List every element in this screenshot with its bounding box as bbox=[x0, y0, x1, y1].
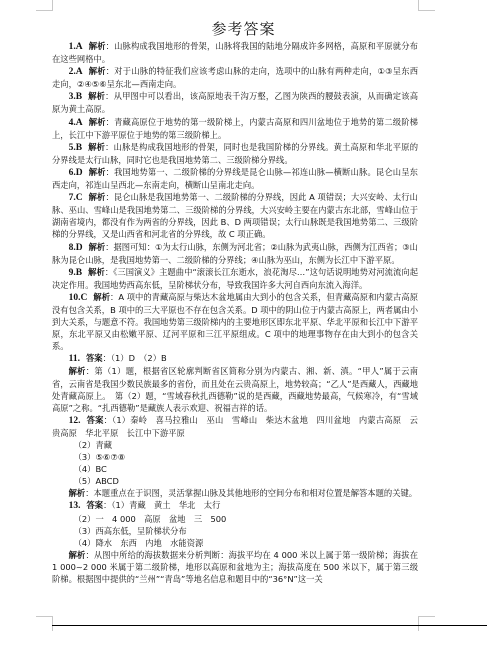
sub-answer: （5）ABCD bbox=[52, 475, 418, 487]
answer-item-12: 12.答案：（1）秦岭 喜马拉雅山 巫山 雪峰山 柴达木盆地 四川盆地 内蒙古高… bbox=[52, 414, 418, 439]
analysis-11: 解析：第（1）题，根据省区轮廓判断省区简称分别为内蒙古、湘、新、滇。“甲人”属于… bbox=[52, 365, 418, 413]
analysis-13: 解析：从图中所给的海拔数据来分析判断：海拔平均在 4 000 米以上属于第一级阶… bbox=[52, 549, 418, 585]
answer-item: 6.D解析：我国地势第一、二级阶梯的分界线是昆仑山脉—祁连山脉—横断山脉。昆仑山… bbox=[52, 166, 418, 191]
answer-item-11: 11.答案：（1）D （2）B bbox=[52, 352, 418, 365]
page-corner-mark bbox=[36, 616, 53, 631]
answer-item: 2.A解析：对于山脉的特征我们应该考虑山脉的走向，选项中的山脉有两种走向，①③呈… bbox=[52, 65, 418, 90]
answer-item: 9.B解析：《三国演义》主题曲中“滚滚长江东逝水，浪花淘尽…”这句话说明地势对河… bbox=[52, 266, 418, 291]
sub-answer: （3）⑤⑥⑦⑧ bbox=[52, 451, 418, 463]
sub-answer: （4）BC bbox=[52, 463, 418, 475]
sub-answer: （2）青藏 bbox=[52, 439, 418, 451]
answer-item-13: 13.答案：（1）青藏 黄土 华北 太行 bbox=[52, 499, 418, 512]
sub-answer: （2）一 4 000 高原 盆地 三 500 bbox=[52, 513, 418, 525]
sub-answer: （3）西高东低，呈阶梯状分布 bbox=[52, 525, 418, 537]
document-body: 1.A解析：山脉构成我国地形的骨架，山脉将我国的陆地分隔成许多网格，高原和平原就… bbox=[52, 40, 418, 585]
answer-item: 7.C解析：昆仑山脉是我国地势第一、二级阶梯的分界线，因此 A 项错误；大兴安岭… bbox=[52, 191, 418, 240]
answer-item: 1.A解析：山脉构成我国地形的骨架，山脉将我国的陆地分隔成许多网格，高原和平原就… bbox=[52, 40, 418, 65]
page-corner-mark bbox=[36, 0, 53, 11]
sub-answer: （4）降水 东西 内地 水能资源 bbox=[52, 537, 418, 549]
page-break-line bbox=[52, 625, 487, 626]
analysis-12: 解析：本题重点在于识图，灵活掌握山脉及其他地形的空间分布和相对位置是解答本题的关… bbox=[52, 487, 418, 499]
answer-item: 5.B解析：山脉是构成我国地形的骨架，同时也是我国阶梯的分界线。黄土高原和华北平… bbox=[52, 141, 418, 166]
answer-item: 8.D解析：据图可知：①为太行山脉，东侧为河北省；②山脉为武夷山脉，西侧为江西省… bbox=[52, 241, 418, 266]
document-title: 参考答案 bbox=[0, 18, 487, 39]
page-corner-mark bbox=[418, 0, 435, 11]
answer-item: 4.A解析：青藏高原位于地势的第一级阶梯上，内蒙古高原和四川盆地位于地势的第二级… bbox=[52, 116, 418, 141]
answer-item: 10.C解析：A 项中的青藏高原与柴达木盆地属由大到小的包含关系，但青藏高原和内… bbox=[52, 291, 418, 352]
answer-item: 3.B解析：从甲图中可以看出，该高原地表千沟万壑，乙图为陕西的腰鼓表演，从而确定… bbox=[52, 90, 418, 115]
page-corner-mark bbox=[418, 616, 435, 631]
